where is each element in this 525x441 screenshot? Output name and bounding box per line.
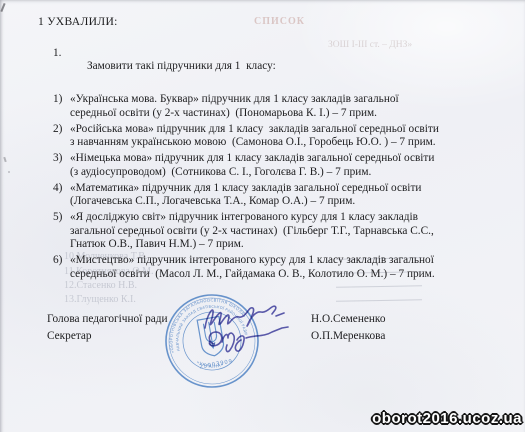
item-line: загальної середньої освіти (у 2-х частин… <box>70 225 513 239</box>
chair-signature-ink <box>205 306 284 328</box>
textbook-item: 3) «Німецька мова» підручник для 1 класу… <box>53 152 513 179</box>
item-number: 5) <box>53 211 62 225</box>
item-line: Гнатюк О.В., Павич Н.М.) – 7 прим. <box>70 238 513 252</box>
pen-mark <box>0 3 5 12</box>
textbook-item: 6) «Мистецтво» підручник інтегрованого к… <box>53 254 513 281</box>
pen-mark <box>3 157 6 162</box>
item-line: середньої освіти (у 2-х частинах) (Поном… <box>70 107 513 121</box>
ghost-signature-line <box>336 299 422 302</box>
ghost-list-entry: 13.Глущенко К.І. <box>64 294 136 305</box>
scanned-document-page: СПИСОК ЗОШ І-ІІІ ст. – ДНЗ» 10.Молченков… <box>0 0 525 441</box>
item-line: «Українська мова. Буквар» підручник для … <box>70 93 513 107</box>
item-line: середньої освіти (Масол Л. М., Гайдамака… <box>70 268 513 282</box>
textbook-item: 5) «Я досліджую світ» підручник інтегров… <box>53 211 513 252</box>
signer-role: Голова педагогічної ради <box>47 313 168 325</box>
textbook-item: 1) «Українська мова. Буквар» підручник д… <box>53 93 513 120</box>
signer-name: О.П.Меренкова <box>311 330 385 342</box>
secretary-signature-ink <box>209 327 288 352</box>
subheading-number: 1. <box>53 47 61 61</box>
item-line: «Російська мова» підручник для 1 класу з… <box>70 123 513 137</box>
item-line: «Математика» підручник для 1 класу закла… <box>70 182 513 196</box>
textbook-item: 2) «Російська мова» підручник для 1 клас… <box>53 123 513 150</box>
pen-mark <box>8 171 10 173</box>
item-number: 6) <box>53 254 62 268</box>
item-line: «Німецька мова» підручник для 1 класу за… <box>70 152 513 166</box>
ghost-bleedthrough-title: СПИСОК <box>254 16 305 27</box>
signer-name: Н.О.Семененко <box>311 313 385 325</box>
site-watermark: oborot2016.ucoz.ua <box>372 410 522 427</box>
resolution-heading: 1 УХВАЛИЛИ: <box>38 15 118 28</box>
item-number: 4) <box>53 182 62 196</box>
resolution-subheading: 1. Замовити такі підручники для 1 класу: <box>53 33 513 87</box>
textbook-item: 4) «Математика» підручник для 1 класу за… <box>53 182 513 209</box>
item-number: 3) <box>53 152 62 166</box>
item-line: (з аудіосупроводом) (Сотникова С. І., Го… <box>70 166 513 180</box>
item-line: «Я досліджую світ» підручник інтегровано… <box>70 211 513 225</box>
scan-bottom-edge <box>0 432 525 441</box>
item-line: «Мистецтво» підручник інтегрованого курс… <box>70 254 513 268</box>
handwritten-signatures <box>192 298 312 368</box>
item-number: 1) <box>53 93 62 107</box>
subheading-text: Замовити такі підручники для 1 класу: <box>87 60 276 72</box>
signer-role: Секретар <box>47 330 92 342</box>
resolution-body: 1. Замовити такі підручники для 1 класу:… <box>53 33 513 281</box>
item-line: (Логачевська С.П., Логачевська Т.А., Ком… <box>70 195 513 209</box>
ghost-signature-line <box>336 285 422 288</box>
item-line: з навчанням українською мовою (Самонова … <box>70 136 513 150</box>
ghost-list-entry: 12.Стасенко Н.В. <box>64 280 137 291</box>
item-number: 2) <box>53 123 62 137</box>
